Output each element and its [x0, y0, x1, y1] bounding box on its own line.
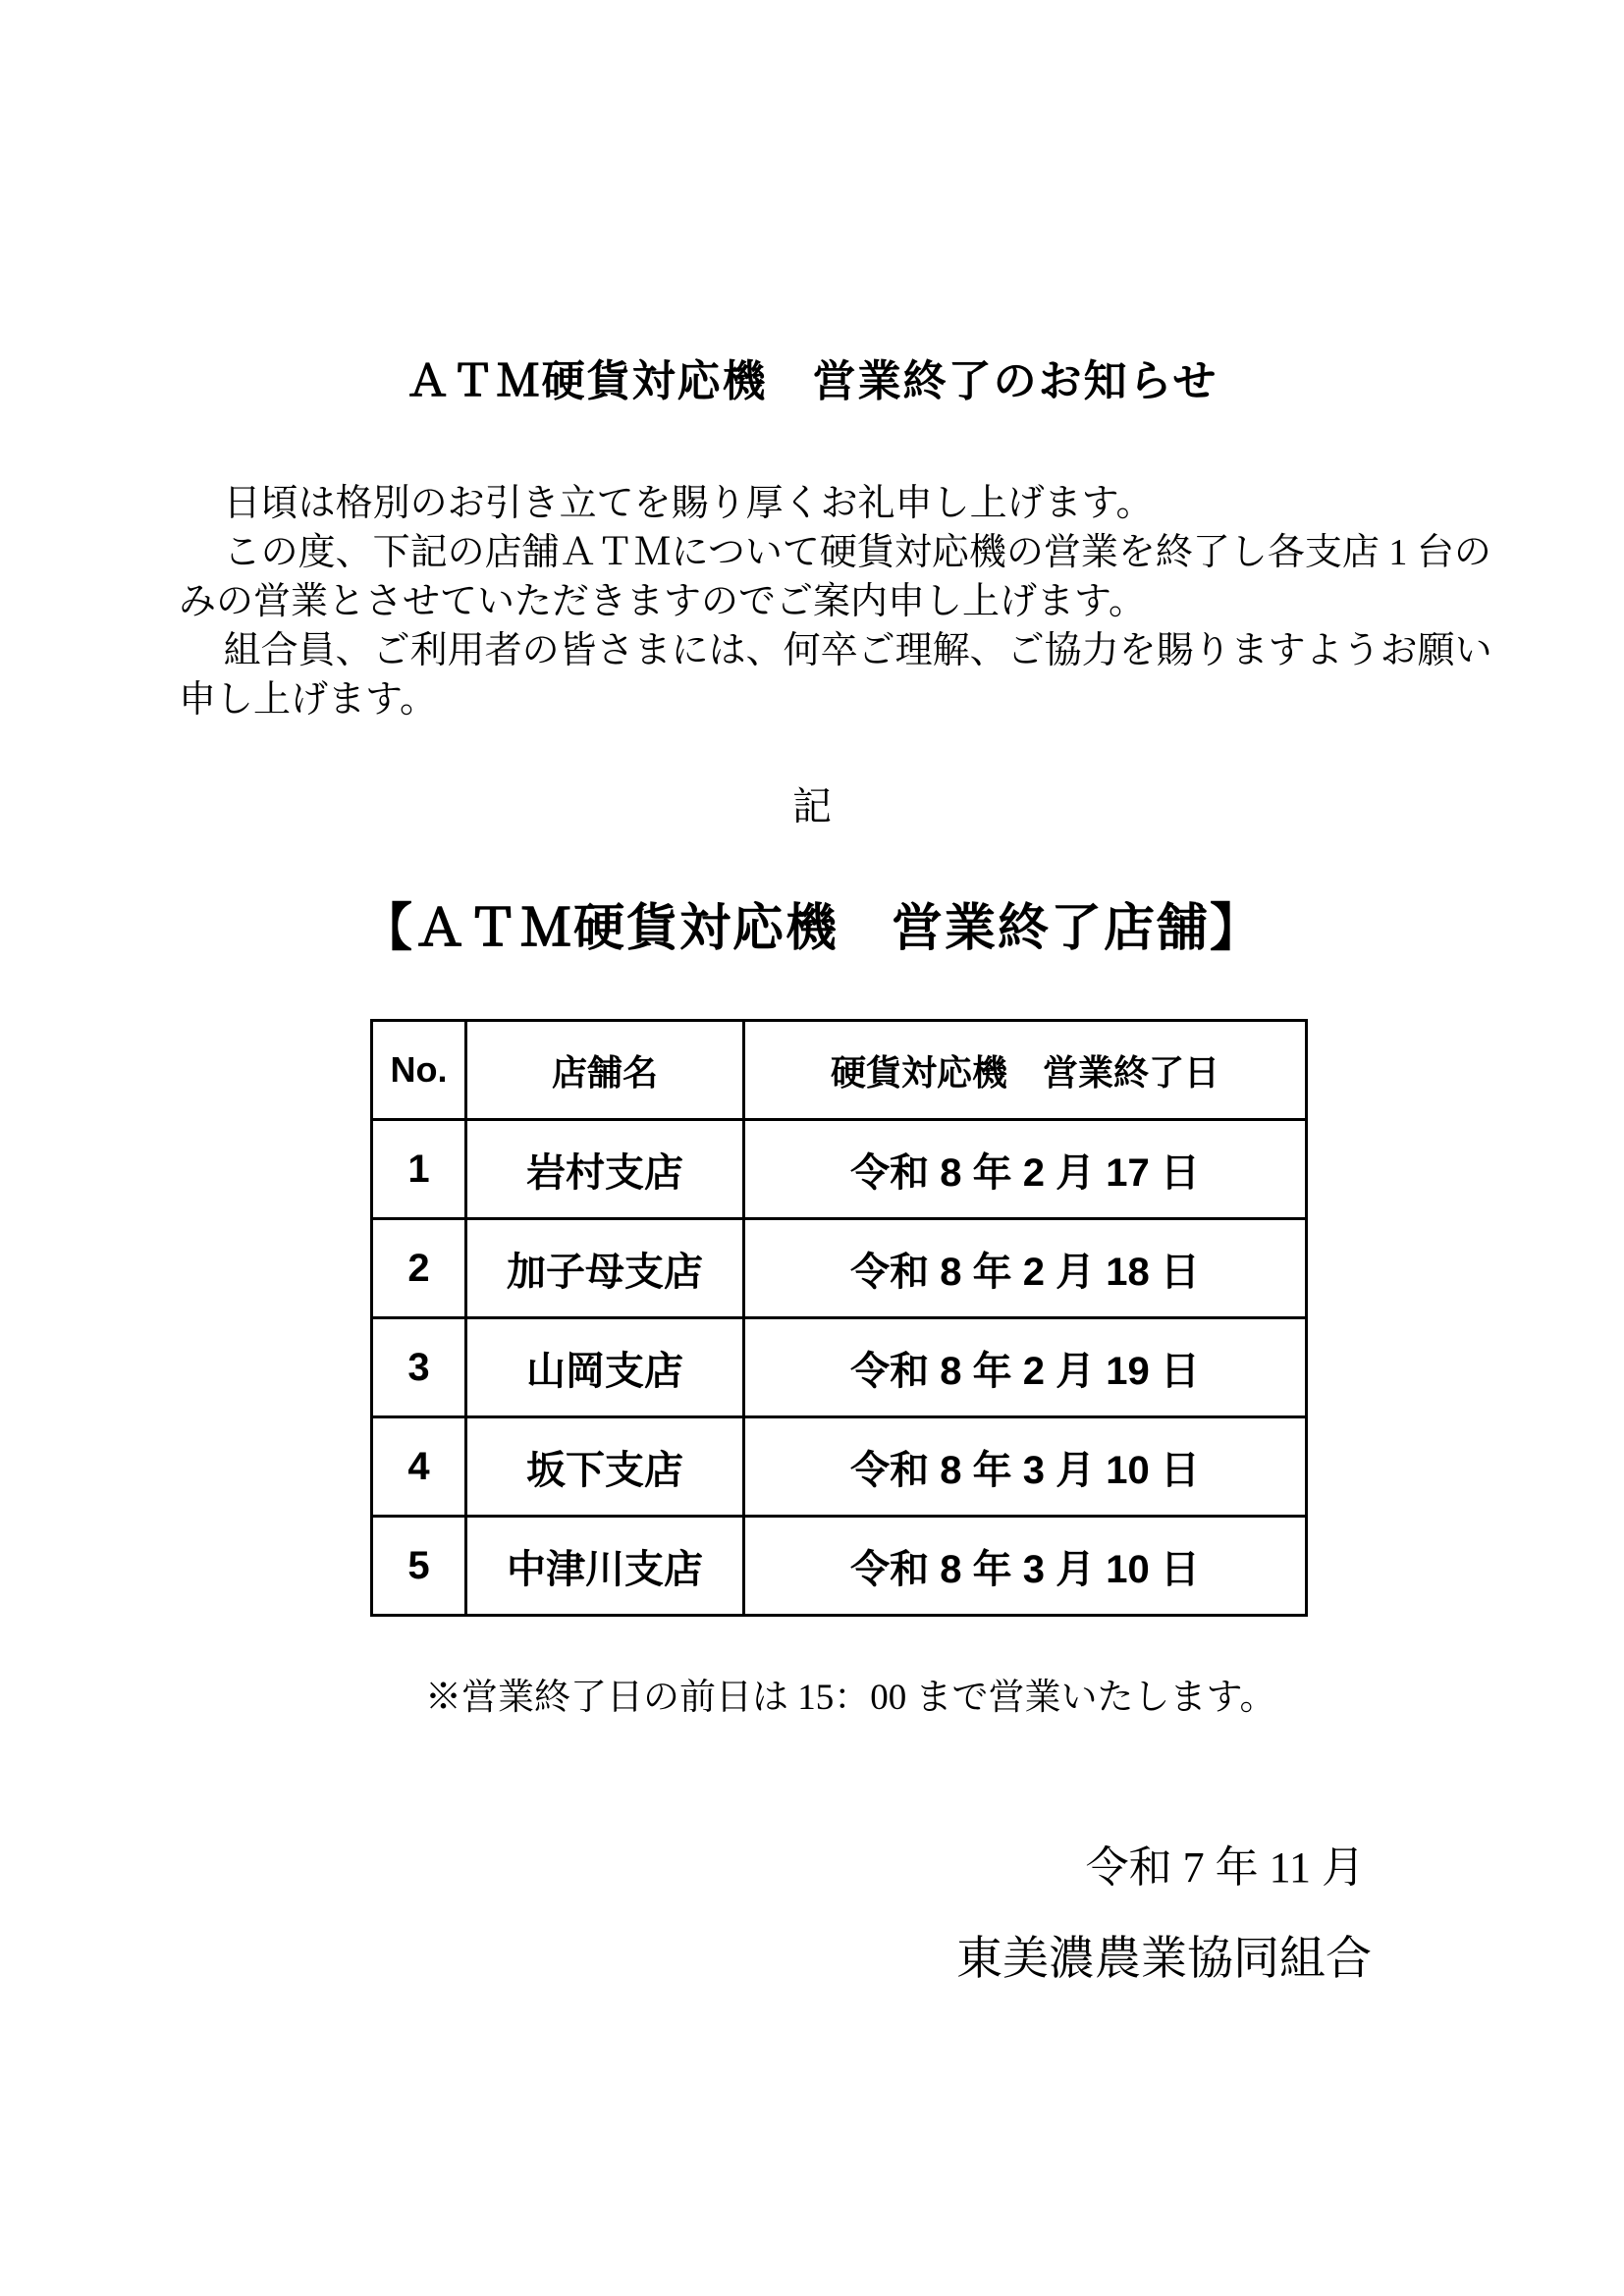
body-text-line: みの営業とさせていただきますのでご案内申し上げます。 [179, 577, 1455, 626]
body-text: 日頃は格別のお引き立てを賜り厚くお礼申し上げます。この度、下記の店舗ＡＴＭについ… [179, 479, 1455, 724]
body-text-line: この度、下記の店舗ＡＴＭについて硬貨対応機の営業を終了し各支店 1 台の [179, 528, 1455, 577]
header-cell-end-date: 硬貨対応機 営業終了日 [744, 1021, 1307, 1120]
table-header-row: No. 店舗名 硬貨対応機 営業終了日 [372, 1021, 1307, 1120]
table-cell-no: 4 [372, 1417, 466, 1517]
table-cell-end-date: 令和 8 年 2 月 19 日 [744, 1318, 1307, 1417]
notice-page: ＡＴＭ硬貨対応機 営業終了のお知らせ 日頃は格別のお引き立てを賜り厚くお礼申し上… [0, 0, 1624, 2296]
table-cell-no: 1 [372, 1120, 466, 1219]
table-row: 4坂下支店令和 8 年 3 月 10 日 [372, 1417, 1307, 1517]
table-cell-branch: 坂下支店 [466, 1417, 744, 1517]
body-text-line: 日頃は格別のお引き立てを賜り厚くお礼申し上げます。 [179, 479, 1455, 528]
table-cell-end-date: 令和 8 年 3 月 10 日 [744, 1417, 1307, 1517]
issue-date: 令和 7 年 11 月 [1086, 1832, 1365, 1895]
table-cell-end-date: 令和 8 年 2 月 17 日 [744, 1120, 1307, 1219]
table-cell-branch: 山岡支店 [466, 1318, 744, 1417]
table-row: 1岩村支店令和 8 年 2 月 17 日 [372, 1120, 1307, 1219]
table-body: 1岩村支店令和 8 年 2 月 17 日2加子母支店令和 8 年 2 月 18 … [372, 1120, 1307, 1616]
table-cell-end-date: 令和 8 年 3 月 10 日 [744, 1517, 1307, 1616]
header-cell-no: No. [372, 1021, 466, 1120]
table-cell-branch: 岩村支店 [466, 1120, 744, 1219]
table-cell-no: 3 [372, 1318, 466, 1417]
table-cell-branch: 加子母支店 [466, 1219, 744, 1318]
record-mark: 記 [0, 775, 1624, 831]
note-text: ※営業終了日の前日は 15：00 まで営業いたします。 [425, 1667, 1276, 1720]
body-text-line: 組合員、ご利用者の皆さまには、何卒ご理解、ご協力を賜りますようお願い [179, 626, 1455, 675]
table-cell-branch: 中津川支店 [466, 1517, 744, 1616]
closure-table: No. 店舗名 硬貨対応機 営業終了日 1岩村支店令和 8 年 2 月 17 日… [370, 1019, 1308, 1617]
page-title: ＡＴＭ硬貨対応機 営業終了のお知らせ [0, 346, 1624, 408]
table-cell-no: 5 [372, 1517, 466, 1616]
table-cell-no: 2 [372, 1219, 466, 1318]
table-row: 5中津川支店令和 8 年 3 月 10 日 [372, 1517, 1307, 1616]
table-row: 2加子母支店令和 8 年 2 月 18 日 [372, 1219, 1307, 1318]
body-text-line: 申し上げます。 [179, 675, 1455, 724]
header-cell-branch: 店舗名 [466, 1021, 744, 1120]
table-cell-end-date: 令和 8 年 2 月 18 日 [744, 1219, 1307, 1318]
organization-name: 東美濃農業協同組合 [956, 1922, 1372, 1988]
table-row: 3山岡支店令和 8 年 2 月 19 日 [372, 1318, 1307, 1417]
section-heading: 【ＡＴＭ硬貨対応機 営業終了店舗】 [0, 886, 1624, 960]
